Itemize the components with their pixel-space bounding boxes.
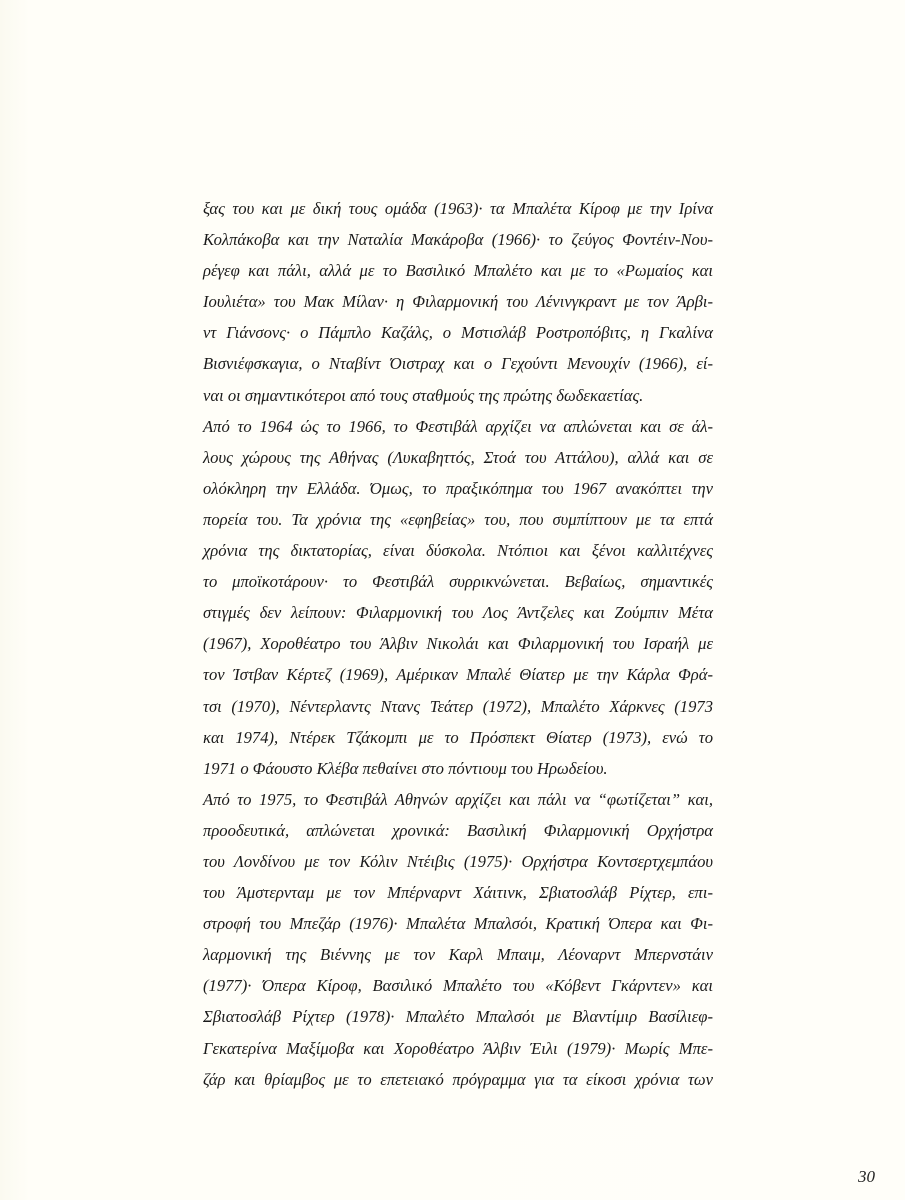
text-line: στιγμές δεν λείπουν: Φιλαρμονική του Λος… xyxy=(203,597,713,628)
text-line: τσι (1970), Νέντερλαντς Ντανς Τεάτερ (19… xyxy=(203,691,713,722)
text-line: το μποϊκοτάρουν· το Φεστιβάλ συρρικνώνετ… xyxy=(203,566,713,597)
text-line: Σβιατοσλάβ Ρίχτερ (1978)· Μπαλέτο Μπαλσό… xyxy=(203,1001,713,1032)
text-line: (1977)· Όπερα Κίροφ, Βασιλικό Μπαλέτο το… xyxy=(203,970,713,1001)
text-line: χρόνια της δικτατορίας, είναι δύσκολα. Ν… xyxy=(203,535,713,566)
text-line: ζάρ και θρίαμβος με το επετειακό πρόγραμ… xyxy=(203,1064,713,1095)
paragraph-2: Από το 1964 ώς το 1966, το Φεστιβάλ αρχί… xyxy=(203,411,713,784)
paragraph-1: ξας του και με δική τους ομάδα (1963)· τ… xyxy=(203,193,713,411)
text-line: Βισνιέφσκαγια, ο Νταβίντ Όιστραχ και ο Γ… xyxy=(203,348,713,379)
text-line: Από το 1964 ώς το 1966, το Φεστιβάλ αρχί… xyxy=(203,411,713,442)
text-line: 1971 ο Φάουστο Κλέβα πεθαίνει στο πόντιο… xyxy=(203,753,713,784)
body-text: ξας του και με δική τους ομάδα (1963)· τ… xyxy=(203,193,713,1095)
text-line: ξας του και με δική τους ομάδα (1963)· τ… xyxy=(203,193,713,224)
text-line: Ιουλιέτα» του Μακ Μίλαν· η Φιλαρμονική τ… xyxy=(203,286,713,317)
text-line: λαρμονική της Βιέννης με τον Καρλ Μπαιμ,… xyxy=(203,939,713,970)
page-number: 30 xyxy=(858,1167,875,1187)
text-line: ντ Γιάνσονς· ο Πάμπλο Καζάλς, ο Μστισλάβ… xyxy=(203,317,713,348)
text-line: Από το 1975, το Φεστιβάλ Αθηνών αρχίζει … xyxy=(203,784,713,815)
text-line: λους χώρους της Αθήνας (Λυκαβηττός, Στοά… xyxy=(203,442,713,473)
text-line: ολόκληρη την Ελλάδα. Όμως, το πραξικόπημ… xyxy=(203,473,713,504)
text-line: Κολπάκοβα και την Ναταλία Μακάροβα (1966… xyxy=(203,224,713,255)
document-page: ξας του και με δική τους ομάδα (1963)· τ… xyxy=(0,0,905,1200)
text-line: και 1974), Ντέρεκ Τζάκομπι με το Πρόσπεκ… xyxy=(203,722,713,753)
paragraph-3: Από το 1975, το Φεστιβάλ Αθηνών αρχίζει … xyxy=(203,784,713,1095)
text-line: ρέγεφ και πάλι, αλλά με το Βασιλικό Μπαλ… xyxy=(203,255,713,286)
text-line: ναι οι σημαντικότεροι από τους σταθμούς … xyxy=(203,380,713,411)
text-line: πορεία του. Τα χρόνια της «εφηβείας» του… xyxy=(203,504,713,535)
text-line: του Λονδίνου με τον Κόλιν Ντέιβις (1975)… xyxy=(203,846,713,877)
text-line: τον Ίστβαν Κέρτεζ (1969), Αμέρικαν Μπαλέ… xyxy=(203,659,713,690)
text-line: στροφή του Μπεζάρ (1976)· Μπαλέτα Μπαλσό… xyxy=(203,908,713,939)
text-line: του Άμστερνταμ με τον Μπέρναρντ Χάιτινκ,… xyxy=(203,877,713,908)
text-line: (1967), Χοροθέατρο του Άλβιν Νικολάι και… xyxy=(203,628,713,659)
text-line: προοδευτικά, απλώνεται χρονικά: Βασιλική… xyxy=(203,815,713,846)
text-line: Γεκατερίνα Μαξίμοβα και Χοροθέατρο Άλβιν… xyxy=(203,1033,713,1064)
